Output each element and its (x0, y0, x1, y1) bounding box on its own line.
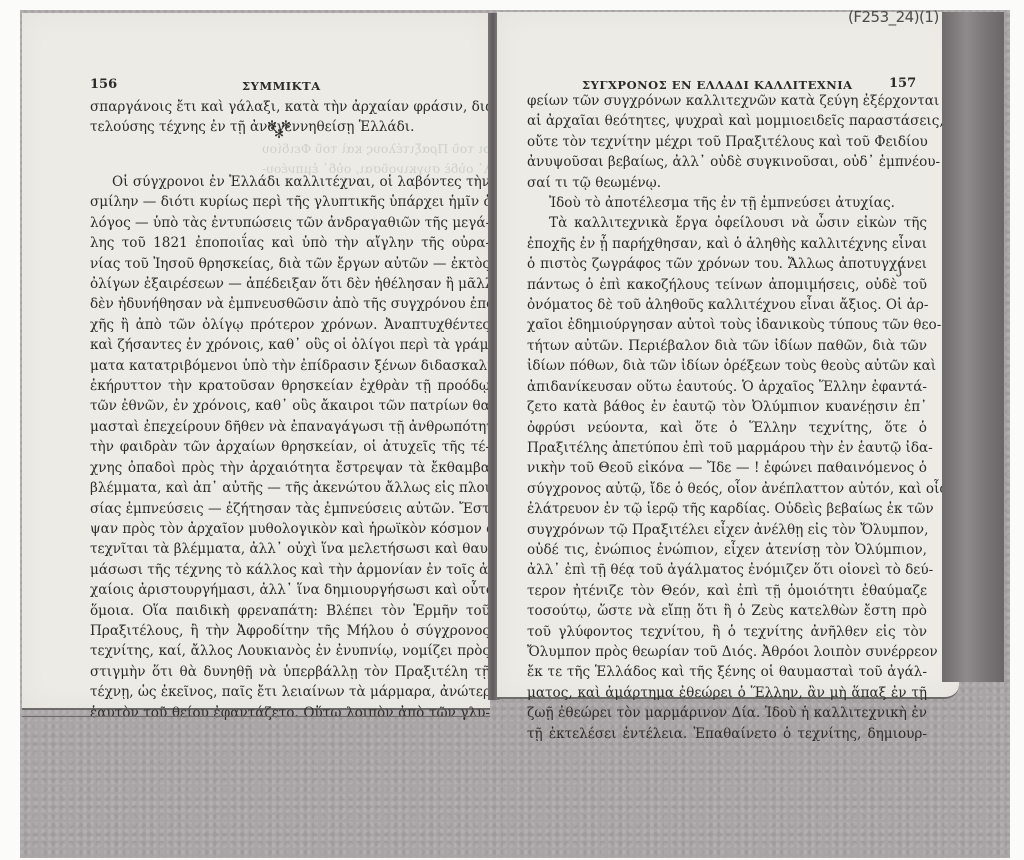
text-line: μάσωσι τῆς τέχνης τὸ κάλλος καὶ τὴν ἁρμο… (90, 560, 490, 580)
text-line: τερον ἠτένιζε τὸν Θεόν, καὶ ἐπὶ τῇ ὁμοιό… (527, 581, 927, 601)
text-line: τοσούτῳ, ὥστε νὰ εἴπῃ ὅτι ἢ ὁ Ζεὺς κατελ… (527, 601, 927, 621)
text-line: καὶ ζήσαντες ἐν χρόνοις, καθ᾽ οὓς οἱ ὀλί… (90, 335, 490, 355)
text-line: τέχνῃ, ὡς ἐκεῖνος, παῖς ἔτι λειαίνων τὰ … (90, 682, 490, 702)
text-line: πάντως ὁ ἐπὶ κακοζήλους τείνων ἀπομιμήσε… (527, 275, 927, 295)
left-running-head: ΣΥΜΜΙΚΤΑ (242, 79, 321, 93)
text-line: ἀνυψοῦσαι βεβαίως, ἀλλ᾽ οὐδὲ συγκινοῦσαι… (527, 152, 927, 172)
text-line: ὁ πιστὸς ζωγράφος τῶν χρόνων του. Ἄλλως … (527, 254, 927, 274)
text-line: ὀφρύσι νεύοντα, καὶ ὅτε ὁ Ἕλλην τεχνίτης… (527, 418, 927, 438)
text-line: ζετο κατὰ βάθος ἐν ἑαυτῷ τὸν Ὀλύμπιον κυ… (527, 397, 927, 417)
text-line: ἰδίων πόθων, διὰ τῶν ἰδίων ὀρέξεων τοὺς … (527, 356, 927, 376)
text-line: τὴν φαιδρὰν τῶν ἀρχαίων θρησκείαν, οἱ ἀτ… (90, 437, 490, 457)
text-line: συγχρόνων τῷ Πραξιτέλει εἶχεν ἀνέλθῃ εἰς… (527, 520, 927, 540)
text-line: Πραξιτέλους, ἢ τὴν Ἀφροδίτην τῆς Μήλου ὁ… (90, 621, 490, 641)
text-line: ἀπιδανίκευσαν οὕτω ἑαυτούς. Ὁ ἀρχαῖος Ἕλ… (527, 377, 927, 397)
text-line: νικὴν τοῦ Θεοῦ εἰκόνα — Ἴδε — ! ἐφώνει π… (527, 458, 927, 478)
text-line: δὲν ἠδυνήθησαν νὰ ἐμπνευσθῶσιν ἀπὸ τῆς σ… (90, 294, 490, 314)
margin-pencil-mark: ʃ (898, 258, 902, 277)
text-line: ἐλάτρευον ἐν τῷ ἱερῷ τῆς καρδίας. Οὐδεὶς… (527, 499, 927, 519)
text-line: Ἰδοὺ τὸ ἀποτέλεσμα τῆς ἐν τῇ ἐμπνεύσει ἀ… (527, 193, 927, 213)
text-line: τῇ ἐκτελέσει ἐντέλεια. Ἐπαθαίνετο ὁ τεχν… (527, 724, 927, 744)
text-line: χνης ὀπαδοὶ πρὸς τὴν ἀρχαιότητα ἔστρεψαν… (90, 458, 490, 478)
text-line: ἔκ τε τῆς Ἑλλάδος καὶ τῆς ξένης οἱ θαυμα… (527, 662, 927, 682)
text-line: Ὄλυμπον πρὸς θεωρίαν τοῦ Διός. Ἀθρόοι λο… (527, 642, 927, 662)
text-line: νίας τοῦ Ἰησοῦ θρησκείας, διὰ τῶν ἔργων … (90, 254, 490, 274)
text-line: ὀνόματος δὲ τοῦ ἀληθοῦς καλλιτέχνου εἶνα… (527, 295, 927, 315)
right-page: ΣΥΓΧΡΟΝΟΣ ΕΝ ΕΛΛΑΔΙ ΚΑΛΛΙΤΕΧΝΙΑ 157 φείω… (497, 12, 959, 699)
text-line: ἑαυτὸν τοῦ θείου ἐφαντάζετο. Οὕτω λοιπὸν… (90, 703, 490, 723)
text-line: σαί τι τῷ θεωμένῳ. (527, 173, 927, 193)
text-line: χαῖοι ἐδημιούργησαν αὐτοὶ τοὺς ἰδανικοὺς… (527, 315, 927, 335)
text-line: τῶν ἐθνῶν, ἐν χρόνοις, καθ᾽ οὓς ἄκαιροι … (90, 396, 490, 416)
text-line: ἀλλ᾽ ἐπὶ τῇ θέᾳ τοῦ ἀγάλματος ἐνόμιζεν ὅ… (527, 560, 927, 580)
text-line: τεχνῖται τὰ βλέμματα, ἀλλ᾽ οὐχὶ ἵνα μελε… (90, 539, 490, 559)
text-line: σπαργάνοις ἔτι καὶ γάλαξι, κατὰ τὴν ἀρχα… (90, 97, 490, 117)
text-line: μασταὶ ἐπεχείρουν δῆθεν νὰ ἐπαναγάγωσι τ… (90, 417, 490, 437)
text-line: τοῦ γλύφοντος τεχνίτου, ἢ ὁ τεχνίτης ἀνῆ… (527, 622, 927, 642)
text-line: ματος, καὶ ἁμάρτημα ἐθεώρει ὁ Ἕλλην, ἂν … (527, 683, 927, 703)
text-line: ζωῇ ἐθεώρει τὸν μαρμάρινον Δία. Ἰδοὺ ἡ κ… (527, 703, 927, 723)
text-line: τεχνίτης, καί, ἄλλος Λουκιανὸς ἐν ἐνυπνί… (90, 641, 490, 661)
text-line: οὐδέ τις, ἐνώπιος ἐνώπιον, εἶχεν ἀτενίσῃ… (527, 540, 927, 560)
text-line: ματα κατατριβόμενοι ὑπὸ τὴν ἐπίδρασιν ξέ… (90, 356, 490, 376)
text-line: χῆς ἢ ἀπὸ τῶν ὀλίγῳ πρότερον χρόνων. Ἀνα… (90, 315, 490, 335)
text-line: τήτων αὐτῶν. Περιέβαλον διὰ τῶν ἰδίων πα… (527, 336, 927, 356)
text-line: Οἱ σύγχρονοι ἐν Ἑλλάδι καλλιτέχναι, οἱ λ… (90, 172, 490, 192)
text-line: ὅμοια. Οἵα παιδικὴ φρεναπάτη: Βλέπει τὸν… (90, 601, 490, 621)
text-line: λόγος — ὑπὸ τὰς ἐντυπώσεις τῶν ἀνδραγαθι… (90, 213, 490, 233)
text-line: Πραξιτέλης ἀπετύπου ἐπὶ τοῦ μαρμάρου τὴν… (527, 438, 927, 458)
text-line: Τὰ καλλιτεχνικὰ ἔργα ὀφείλουσι νὰ ὦσιν ε… (527, 213, 927, 233)
left-page-body-text: Οἱ σύγχρονοι ἐν Ἑλλάδι καλλιτέχναι, οἱ λ… (90, 172, 490, 723)
right-running-head: ΣΥΓΧΡΟΝΟΣ ΕΝ ΕΛΛΑΔΙ ΚΑΛΛΙΤΕΧΝΙΑ (582, 78, 853, 92)
text-line: σμίλην — διότι κυρίως περὶ τῆς γλυπτικῆς… (90, 192, 490, 212)
text-line: ἐποχῆς ἐν ᾗ παρήχθησαν, καὶ ὁ ἀληθὴς καλ… (527, 234, 927, 254)
page-stack-edge (942, 12, 1004, 682)
right-page-body-text: φείων τῶν συγχρόνων καλλιτεχνῶν κατὰ ζεύ… (527, 91, 927, 744)
left-page: 156 ΣΥΜΜΙΚΤΑ ὄτε τὸν τεχνίτην μέχρι τοῦ … (22, 13, 490, 710)
text-line: φείων τῶν συγχρόνων καλλιτεχνῶν κατὰ ζεύ… (527, 91, 927, 111)
archive-reference-label: (F253_24)(1) (848, 8, 939, 26)
right-page-number: 157 (889, 76, 916, 91)
text-line: χαίοις ἀριστουργήμασι, ἀλλ᾽ ἵνα δημιουργ… (90, 580, 490, 600)
text-line: οὔτε τὸν τεχνίτην μέχρι τοῦ Πραξιτέλους … (527, 132, 927, 152)
text-line: σίας ἐμπνεύσεις — ἐζήτησαν τὰς ἐμπνεύσει… (90, 499, 490, 519)
left-page-number: 156 (90, 77, 117, 92)
text-line: στιγμὴν ὅτι θὰ δυνηθῇ νὰ ὑπερβάλλῃ τὸν Π… (90, 662, 490, 682)
text-line: σύγχρονος αὐτῷ, ἴδε ὁ θεός, οἷον ἀνέπλατ… (527, 479, 927, 499)
text-line: βλέμματα, καὶ ἀπ᾽ αὐτῆς — τῆς ἀκενώτου ἄ… (90, 478, 490, 498)
text-line: ὀλίγων ἐξαιρέσεων — ἀπέδειξαν ὅτι δὲν ἠθ… (90, 274, 490, 294)
text-line: ἐκήρυττον τὴν κρατοῦσαν θρησκείαν ἐχθρὰν… (90, 376, 490, 396)
text-line: λης τοῦ 1821 ἐποποιΐας καὶ ὑπὸ τὴν αἴγλη… (90, 233, 490, 253)
text-line: ψαν πρὸς τὸν ἀρχαῖον μυθολογικὸν καὶ ἡρω… (90, 519, 490, 539)
asterism-divider: ✻ ✻✻ (267, 121, 291, 139)
text-line: αἱ ἀρχαῖαι θεότητες, ψυχραὶ καὶ μομμιοει… (527, 111, 927, 131)
